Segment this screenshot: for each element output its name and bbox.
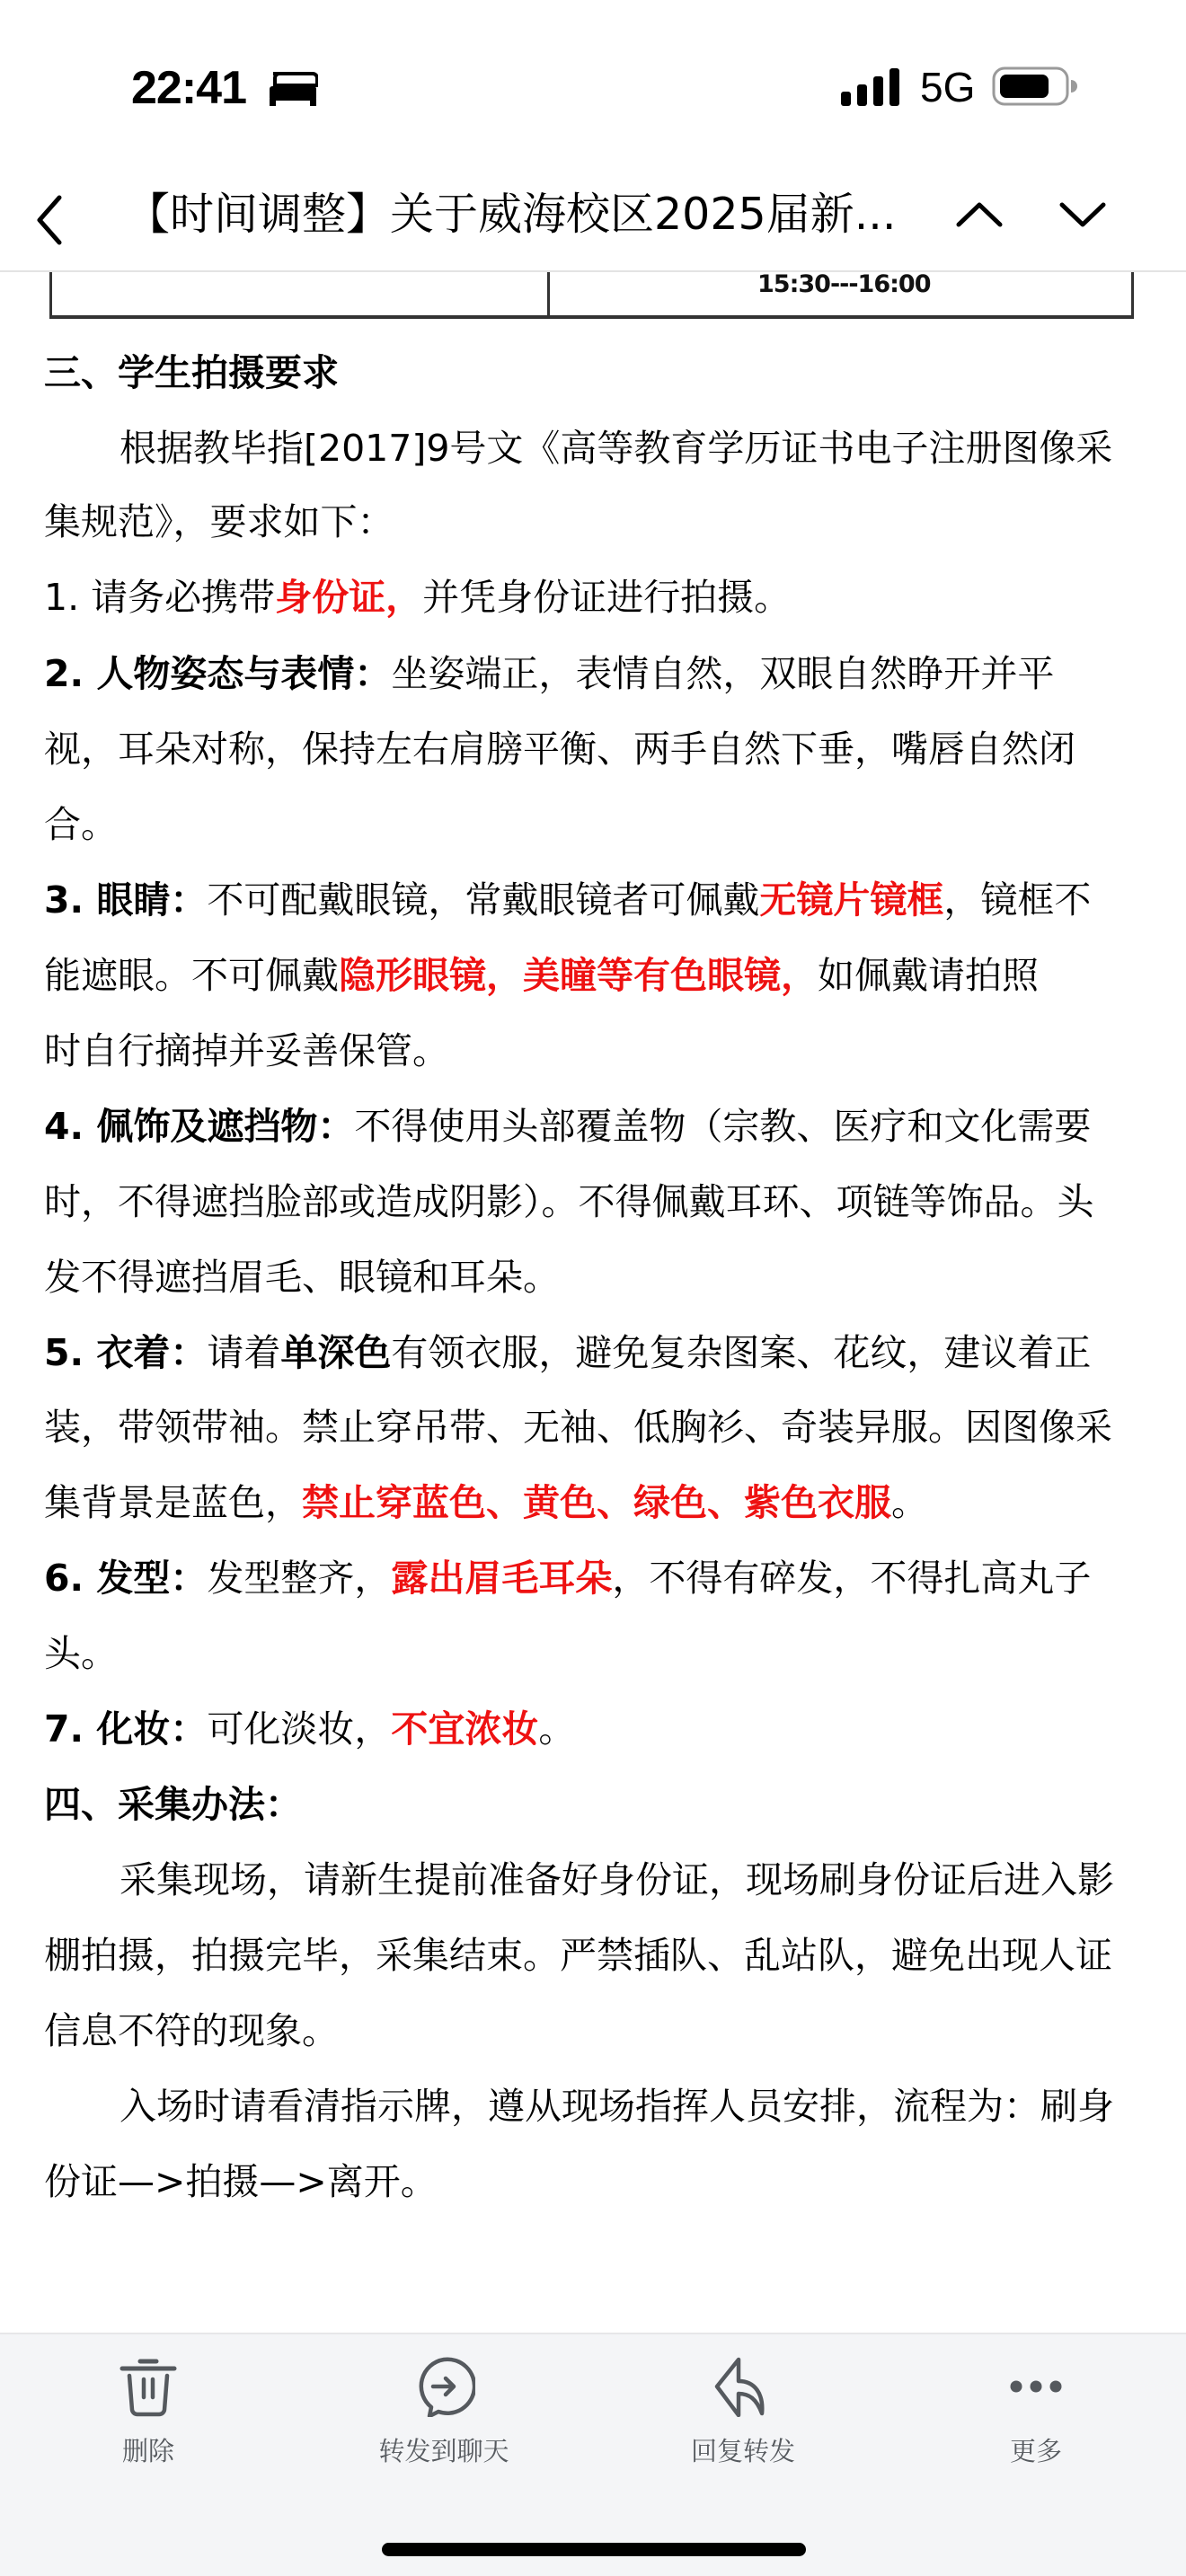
item-label: 6. 发型： xyxy=(44,1557,207,1600)
home-indicator[interactable] xyxy=(382,2543,806,2556)
method-paragraph-1-cont: 棚拍摄，拍摄完毕，采集结束。严禁插队、乱站队，避免出现人证 xyxy=(44,1930,1149,1981)
text: 1. 请务必携带 xyxy=(44,576,275,619)
text: 可化淡妆， xyxy=(207,1707,391,1751)
text: 请着 xyxy=(207,1331,280,1374)
status-time: 22:41 xyxy=(131,63,246,113)
requirement-item-2-cont: 合。 xyxy=(44,799,1149,850)
delete-label: 删除 xyxy=(58,2431,238,2468)
text: ，镜框不 xyxy=(943,878,1091,922)
forward-to-chat-icon xyxy=(412,2356,475,2417)
requirement-item-4: 4. 佩饰及遮挡物：不得使用头部覆盖物（宗教、医疗和文化需要 xyxy=(44,1101,1149,1151)
page-title: 【时间调整】关于威海校区2025届新... xyxy=(126,183,916,246)
item-label: 7. 化妆： xyxy=(44,1707,207,1751)
requirement-item-4-cont: 时，不得遮挡脸部或造成阴影）。不得佩戴耳环、项链等饰品。头 xyxy=(44,1177,1149,1227)
intro-line: 集规范》，要求如下： xyxy=(44,497,1149,547)
table-cell-time: 15:30---16:00 xyxy=(757,272,931,298)
more-label: 更多 xyxy=(946,2431,1126,2468)
previous-message-button[interactable] xyxy=(948,189,1011,243)
chevron-up-icon xyxy=(959,205,1000,225)
section-heading-4: 四、采集办法： xyxy=(44,1779,1149,1830)
schedule-table-fragment: 15:30---16:00 xyxy=(49,272,1134,319)
item-label: 2. 人物姿态与表情： xyxy=(44,652,391,695)
requirement-item-1: 1. 请务必携带身份证，并凭身份证进行拍摄。 xyxy=(44,572,1149,622)
text: 能遮眼。不可佩戴 xyxy=(44,954,339,997)
requirement-item-5-cont: 集背景是蓝色，禁止穿蓝色、黄色、绿色、紫色衣服。 xyxy=(44,1478,1149,1528)
delete-button[interactable]: 删除 xyxy=(58,2356,238,2482)
network-type: 5G xyxy=(920,65,975,110)
requirement-item-3-cont: 时自行摘掉并妥善保管。 xyxy=(44,1026,1149,1076)
text: 。 xyxy=(891,1481,928,1524)
bottom-toolbar: 删除 转发到聊天 回复转发 更多 xyxy=(0,2333,1186,2576)
highlight-text: 不宜浓妆 xyxy=(391,1707,538,1751)
reply-forward-button[interactable]: 回复转发 xyxy=(653,2356,833,2482)
requirement-item-6: 6. 发型：发型整齐，露出眉毛耳朵，不得有碎发，不得扎高丸子 xyxy=(44,1553,1149,1603)
reply-forward-label: 回复转发 xyxy=(653,2431,833,2468)
method-paragraph-2-cont: 份证—>拍摄—>离开。 xyxy=(44,2157,1149,2207)
highlight-text: 禁止穿蓝色、黄色、绿色、紫色衣服 xyxy=(302,1481,891,1524)
chevron-left-icon xyxy=(40,198,59,243)
trash-icon xyxy=(119,2356,178,2417)
nav-bar: 【时间调整】关于威海校区2025届新... xyxy=(0,162,1186,272)
chevron-down-icon xyxy=(1062,205,1103,225)
requirement-item-4-cont: 发不得遮挡眉毛、眼镜和耳朵。 xyxy=(44,1252,1149,1302)
forward-to-chat-label: 转发到聊天 xyxy=(354,2431,534,2468)
item-label: 4. 佩饰及遮挡物： xyxy=(44,1105,354,1148)
method-paragraph-2: 入场时请看清指示牌，遵从现场指挥人员安排，流程为：刷身 xyxy=(44,2081,1186,2131)
status-bar: 22:41 5G xyxy=(0,0,1186,162)
intro-line: 根据教毕指[2017]9号文《高等教育学历证书电子注册图像采 xyxy=(44,423,1186,473)
table-column-divider xyxy=(547,272,550,315)
requirement-item-7: 7. 化妆：可化淡妆，不宜浓妆。 xyxy=(44,1704,1149,1754)
text: 有领衣服，避免复杂图案、花纹，建议着正 xyxy=(391,1331,1091,1374)
requirement-item-2: 2. 人物姿态与表情：坐姿端正，表情自然，双眼自然睁开并平 xyxy=(44,648,1149,699)
more-button[interactable]: 更多 xyxy=(946,2356,1126,2482)
item-label: 3. 眼睛： xyxy=(44,878,207,922)
requirement-item-3: 3. 眼睛：不可配戴眼镜，常戴眼镜者可佩戴无镜片镜框，镜框不 xyxy=(44,875,1149,925)
item-label: 5. 衣着： xyxy=(44,1331,207,1374)
requirement-item-5-cont: 装，带领带袖。禁止穿吊带、无袖、低胸衫、奇装异服。因图像采 xyxy=(44,1402,1149,1452)
text: 集背景是蓝色， xyxy=(44,1481,302,1524)
requirement-item-6-cont: 头。 xyxy=(44,1628,1149,1679)
back-button[interactable] xyxy=(27,189,72,251)
bold-text: 单深色 xyxy=(280,1331,391,1374)
text: 如佩戴请拍照 xyxy=(818,954,1039,997)
reply-icon xyxy=(712,2356,774,2417)
text: 不得使用头部覆盖物（宗教、医疗和文化需要 xyxy=(354,1105,1091,1148)
text: ，不得有碎发，不得扎高丸子 xyxy=(612,1557,1091,1600)
requirement-item-5: 5. 衣着：请着单深色有领衣服，避免复杂图案、花纹，建议着正 xyxy=(44,1328,1149,1378)
section-heading-3: 三、学生拍摄要求 xyxy=(44,348,1149,398)
cellular-signal-icon xyxy=(841,68,902,106)
highlight-text: 露出眉毛耳朵 xyxy=(391,1557,612,1600)
method-paragraph-1-cont: 信息不符的现象。 xyxy=(44,2006,1149,2056)
highlight-text: 隐形眼镜，美瞳等有色眼镜， xyxy=(339,954,818,997)
highlight-text: 无镜片镜框 xyxy=(759,878,943,922)
text: 发型整齐， xyxy=(207,1557,391,1600)
email-body[interactable]: 15:30---16:00 三、学生拍摄要求 根据教毕指[2017]9号文《高等… xyxy=(0,272,1186,2333)
text: 坐姿端正，表情自然，双眼自然睁开并平 xyxy=(391,652,1054,695)
method-paragraph-1: 采集现场，请新生提前准备好身份证，现场刷身份证后进入影 xyxy=(44,1855,1186,1905)
more-icon xyxy=(1005,2356,1067,2417)
next-message-button[interactable] xyxy=(1051,189,1114,243)
requirement-item-2-cont: 视，耳朵对称，保持左右肩膀平衡、两手自然下垂，嘴唇自然闭 xyxy=(44,724,1149,774)
forward-to-chat-button[interactable]: 转发到聊天 xyxy=(354,2356,534,2482)
bed-icon xyxy=(268,72,318,106)
text: 并凭身份证进行拍摄。 xyxy=(422,576,791,619)
highlight-text: 身份证， xyxy=(275,576,422,619)
text: 。 xyxy=(538,1707,575,1751)
text: 不可配戴眼镜，常戴眼镜者可佩戴 xyxy=(207,878,759,922)
requirement-item-3-cont: 能遮眼。不可佩戴隐形眼镜，美瞳等有色眼镜，如佩戴请拍照 xyxy=(44,950,1149,1001)
battery-icon xyxy=(992,66,1078,106)
